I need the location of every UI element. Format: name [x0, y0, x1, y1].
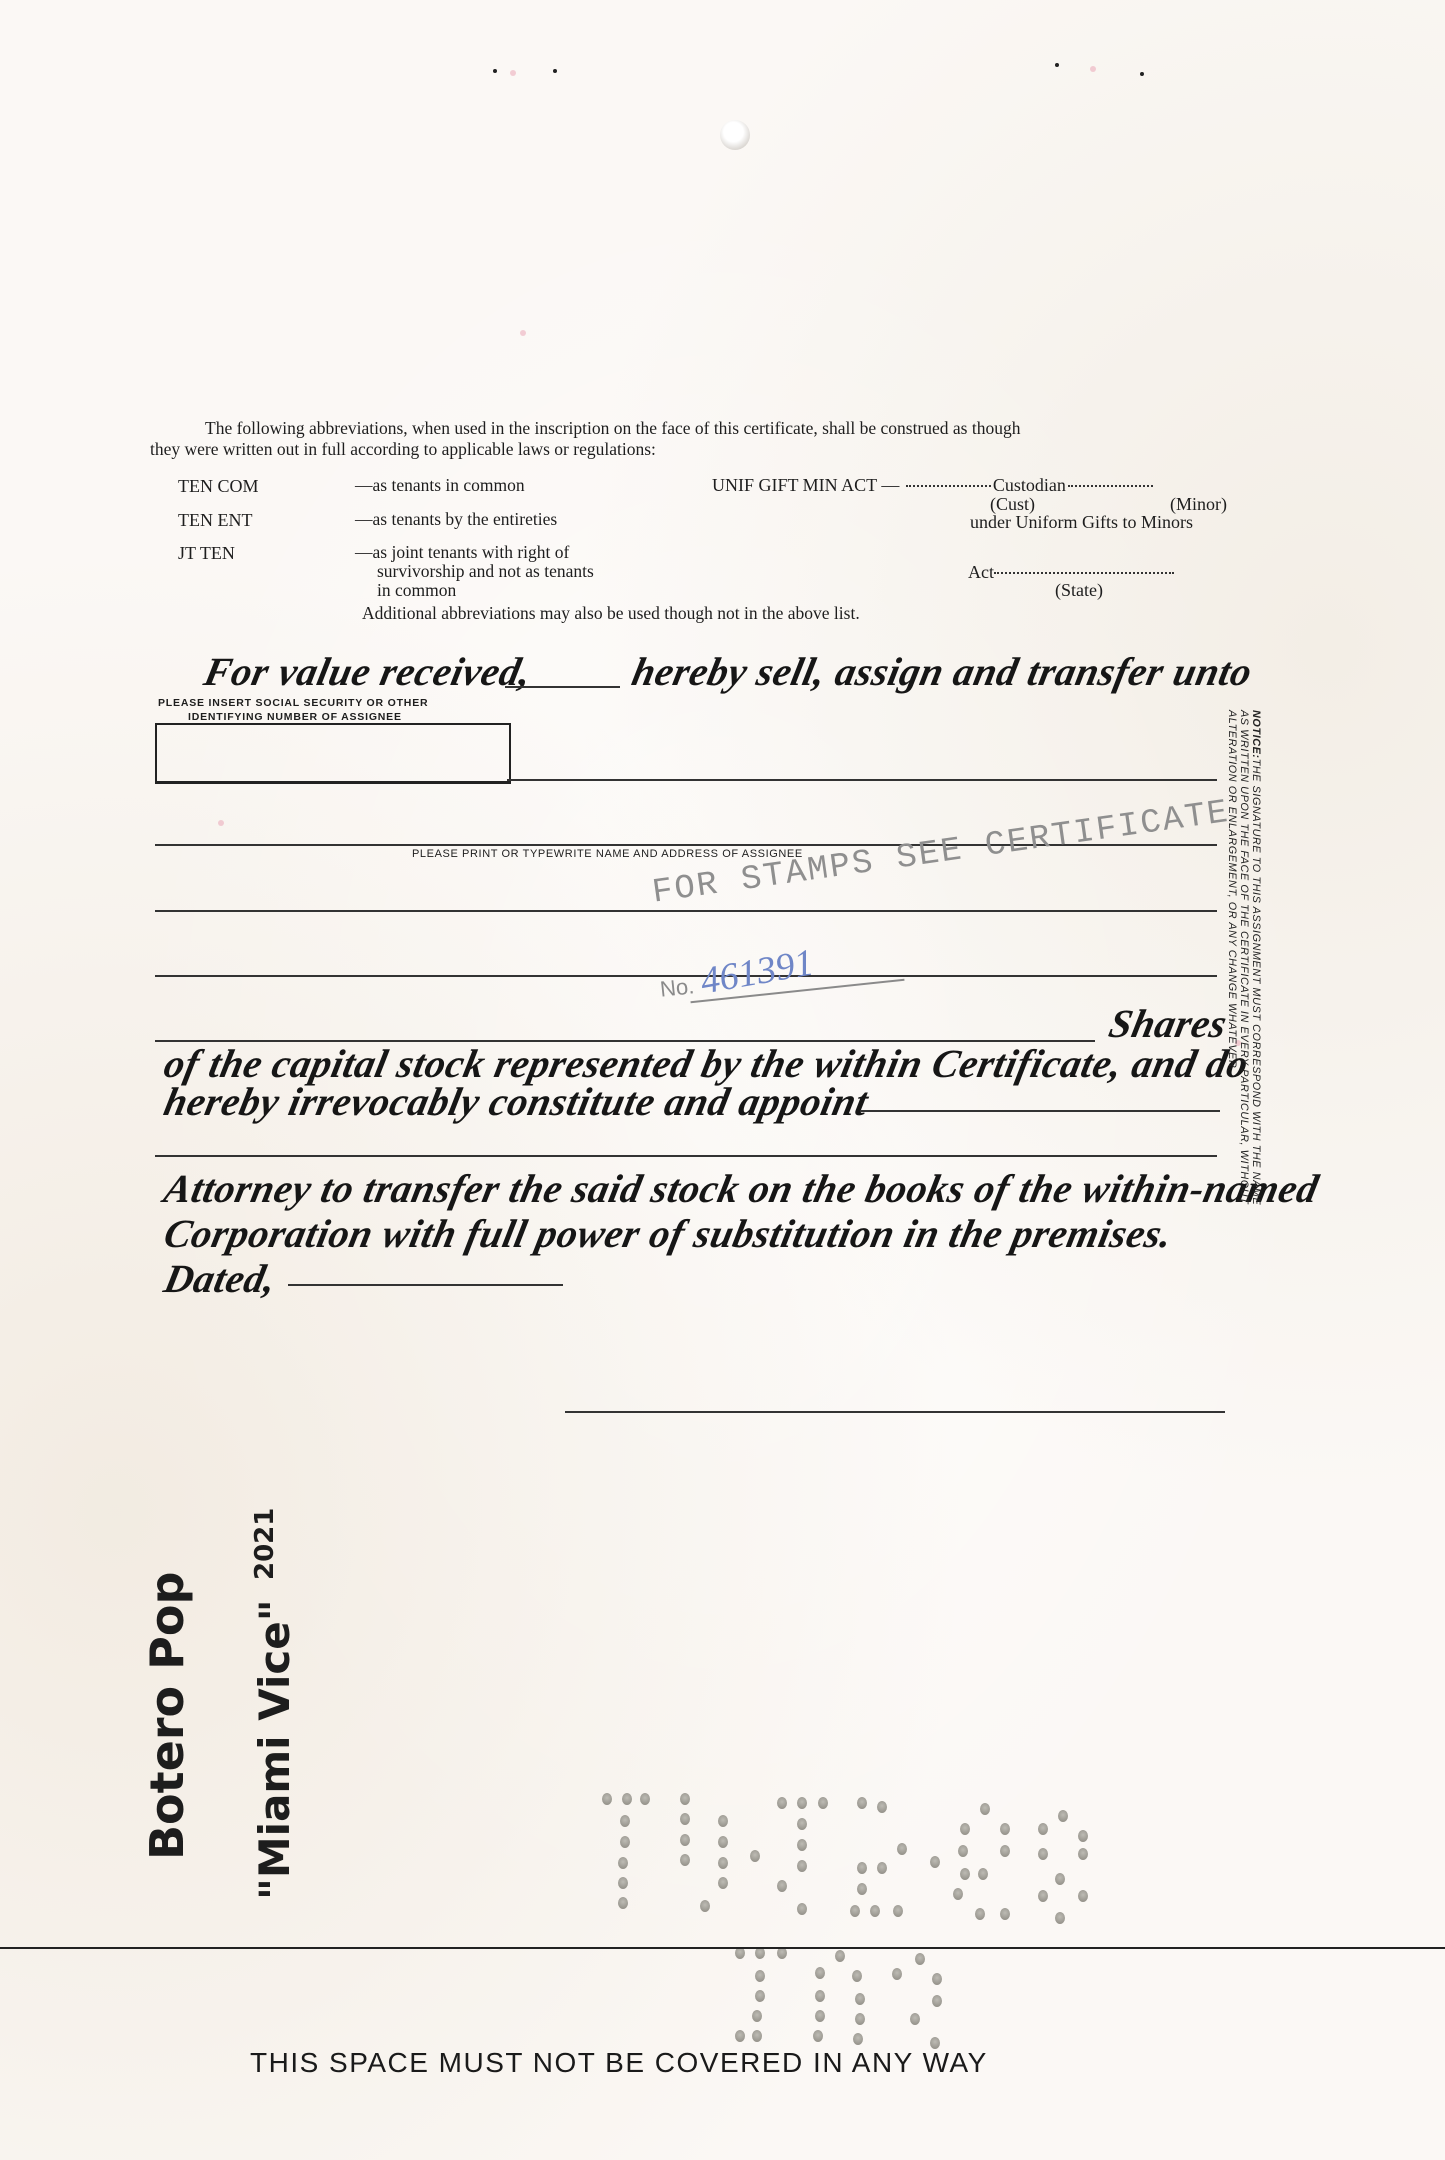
perforation-hole [857, 1862, 867, 1874]
abbreviations-intro: The following abbreviations, when used i… [150, 418, 1290, 460]
perforation-hole [932, 1995, 942, 2007]
perforation-hole [797, 1860, 807, 1872]
perforation-hole [640, 1793, 650, 1805]
perforation-hole [602, 1793, 612, 1805]
perforation-hole [680, 1834, 690, 1846]
perforation-hole [680, 1854, 690, 1866]
perforation-hole [813, 2030, 823, 2042]
perforation-hole [718, 1836, 728, 1848]
perforation-hole [870, 1905, 880, 1917]
perforation-hole [755, 1970, 765, 1982]
abbr-meaning-jt-ten: —as joint tenants with right of survivor… [355, 543, 594, 600]
ink-speck [493, 69, 497, 73]
paper-fleck [510, 70, 516, 76]
perforation-hole [852, 1970, 862, 1982]
perforation-hole [622, 1793, 632, 1805]
perforation-hole [932, 1973, 942, 1985]
perforation-hole [1000, 1908, 1010, 1920]
attorney-text-1: Attorney to transfer the said stock on t… [160, 1165, 1323, 1212]
perforation-hole [618, 1857, 628, 1869]
perforation-hole [1078, 1890, 1088, 1902]
perforation-hole [755, 1990, 765, 2002]
jt-ten-line-1: —as joint tenants with right of [355, 543, 594, 562]
perforation-hole [910, 2013, 920, 2025]
name-address-label: PLEASE PRINT OR TYPEWRITE NAME AND ADDRE… [412, 848, 803, 860]
perforation-hole [1038, 1823, 1048, 1835]
perforation-hole [855, 2013, 865, 2025]
intro-line-2: they were written out in full according … [150, 439, 656, 459]
minor-dotted-line[interactable] [1068, 485, 1153, 487]
perforation-hole [797, 1903, 807, 1915]
assignor-line[interactable] [505, 686, 620, 688]
notice-line-2: AS WRITTEN UPON THE FACE OF THE CERTIFIC… [1238, 710, 1250, 1350]
date-line[interactable] [288, 1284, 563, 1286]
additional-abbreviations: Additional abbreviations may also be use… [362, 603, 860, 624]
act-text: Act [968, 562, 994, 582]
abbr-meaning-ten-ent: —as tenants by the entireties [355, 510, 557, 529]
paper-fleck [1090, 66, 1096, 72]
perforation-hole [857, 1883, 867, 1895]
perforation-hole [853, 2033, 863, 2045]
perforation-hole [752, 2010, 762, 2022]
cut-line [0, 1947, 1445, 1949]
notice-bold: NOTICE: [1250, 710, 1262, 759]
perforation-hole [1038, 1890, 1048, 1902]
perforation-hole [797, 1839, 807, 1851]
intro-line-1: The following abbreviations, when used i… [150, 418, 1290, 439]
perforation-hole [1000, 1823, 1010, 1835]
stamp-no-label: No. [659, 973, 696, 1002]
perforation-hole [815, 1990, 825, 2002]
ssn-label-1: PLEASE INSERT SOCIAL SECURITY OR OTHER [158, 697, 428, 709]
perforation-hole [718, 1877, 728, 1889]
abbr-meaning-ten-com: —as tenants in common [355, 476, 525, 495]
unif-gift-min-act: UNIF GIFT MIN ACT — Custodian [712, 475, 1155, 496]
perforation-hole [1078, 1848, 1088, 1860]
perforation-hole [897, 1843, 907, 1855]
cust-dotted-line[interactable] [906, 485, 991, 487]
perforation-hole [893, 1905, 903, 1917]
perforation-hole [750, 1850, 760, 1862]
perforation-hole [930, 1856, 940, 1868]
assignee-line-3[interactable] [155, 910, 1217, 912]
perforation-hole [1055, 1912, 1065, 1924]
perforation-hole [857, 1797, 867, 1809]
perforation-hole [735, 2030, 745, 2042]
perforation-hole [680, 1793, 690, 1805]
under-ugma: under Uniform Gifts to Minors [970, 512, 1193, 533]
hereby-sell-assign: hereby sell, assign and transfer unto [628, 648, 1257, 695]
do-not-cover-warning: THIS SPACE MUST NOT BE COVERED IN ANY WA… [250, 2047, 988, 2079]
abbr-code-ten-com: TEN COM [178, 476, 259, 497]
perforation-hole [718, 1815, 728, 1827]
handwritten-artist: Botero Pop [140, 1572, 194, 1860]
perforation-hole [618, 1877, 628, 1889]
jt-ten-line-3: in common [355, 581, 594, 600]
perforation-hole [818, 1797, 828, 1809]
abbr-code-jt-ten: JT TEN [178, 543, 235, 564]
perforation-hole [618, 1897, 628, 1909]
dated-label: Dated, [160, 1255, 281, 1302]
ink-speck [553, 69, 557, 73]
signature-notice: NOTICE:THE SIGNATURE TO THIS ASSIGNMENT … [1226, 710, 1262, 1350]
perforation-hole [978, 1868, 988, 1880]
perforation-hole [960, 1823, 970, 1835]
attorney-name-line[interactable] [860, 1110, 1220, 1112]
perforation-hole [835, 1950, 845, 1962]
handwritten-year: 2021 [250, 1508, 280, 1580]
perforation-hole [855, 1993, 865, 2005]
state-caption: (State) [1055, 580, 1103, 601]
punch-hole [720, 120, 750, 150]
ssn-input-box[interactable] [155, 723, 511, 784]
perforation-hole [1058, 1810, 1068, 1822]
perforation-hole [777, 1880, 787, 1892]
abbr-code-ten-ent: TEN ENT [178, 510, 252, 531]
perforation-hole [815, 1967, 825, 1979]
perforation-hole [877, 1862, 887, 1874]
custodian-label: Custodian [993, 475, 1066, 495]
ink-speck [1055, 63, 1059, 67]
assignee-line-1[interactable] [507, 779, 1217, 781]
perforation-hole [877, 1801, 887, 1813]
perforation-hole [915, 1953, 925, 1965]
perforation-hole [777, 1797, 787, 1809]
stamp-number: 461391 [697, 940, 817, 1003]
hereby-appoint-text: hereby irrevocably constitute and appoin… [160, 1078, 873, 1125]
state-dotted-line[interactable] [994, 572, 1174, 574]
perforation-hole [680, 1813, 690, 1825]
notice-line-3: ALTERATION OR ENLARGEMENT, OR ANY CHANGE… [1226, 710, 1238, 1350]
jt-ten-line-2: survivorship and not as tenants [355, 562, 594, 581]
perforation-hole [797, 1797, 807, 1809]
perforation-hole [953, 1888, 963, 1900]
notice-line-1: THE SIGNATURE TO THIS ASSIGNMENT MUST CO… [1250, 759, 1262, 1206]
perforation-hole [718, 1857, 728, 1869]
signature-line[interactable] [565, 1411, 1225, 1413]
perforation-hole [620, 1815, 630, 1827]
perforation-hole [980, 1803, 990, 1815]
attorney-line-2[interactable] [155, 1155, 1217, 1157]
perforation-hole [1038, 1848, 1048, 1860]
paper-fleck [218, 820, 224, 826]
perforation-hole [752, 2030, 762, 2042]
ssn-label-2: IDENTIFYING NUMBER OF ASSIGNEE [188, 711, 402, 723]
perforation-hole [1078, 1830, 1088, 1842]
for-value-received: For value received, [200, 648, 536, 695]
perforation-hole [975, 1908, 985, 1920]
handwritten-title: "Miami Vice" [250, 1599, 299, 1900]
perforation-hole [958, 1845, 968, 1857]
perforation-hole [620, 1836, 630, 1848]
perforation-hole [797, 1818, 807, 1830]
perforation-hole [1055, 1873, 1065, 1885]
perforation-hole [1000, 1845, 1010, 1857]
perforation-hole [960, 1868, 970, 1880]
perforation-hole [815, 2010, 825, 2022]
perforation-hole [700, 1900, 710, 1912]
perforation-hole [892, 1968, 902, 1980]
attorney-text-2: Corporation with full power of substitut… [160, 1210, 1177, 1257]
unif-gift-label: UNIF GIFT MIN ACT — [712, 475, 899, 495]
paper-fleck [520, 330, 526, 336]
perforation-hole [850, 1905, 860, 1917]
ink-speck [1140, 72, 1144, 76]
